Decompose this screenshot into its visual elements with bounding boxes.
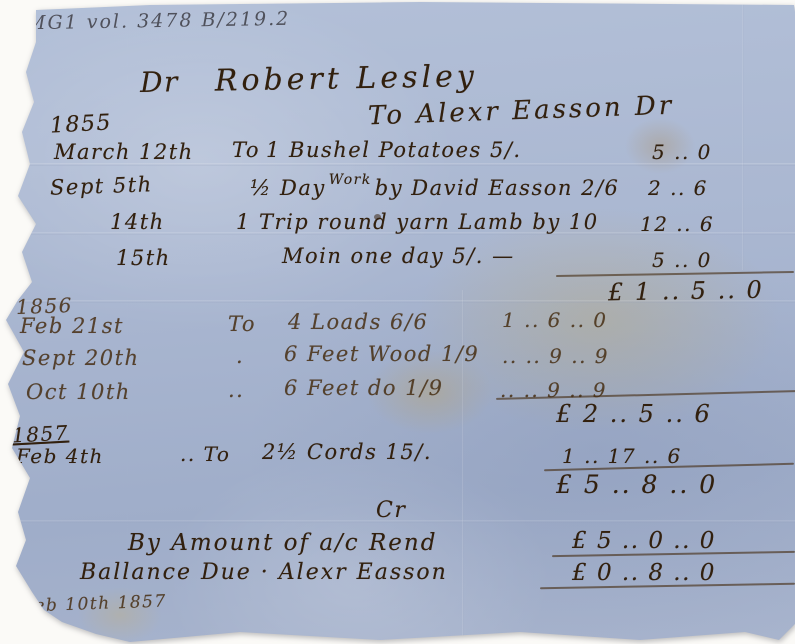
row-description: 1 Bushel Potatoes 5/. bbox=[266, 138, 522, 162]
row-date: March 12th bbox=[54, 140, 194, 164]
row-amount: 2 .. 6 bbox=[648, 176, 708, 200]
archival-reference: MG1 vol. 3478 B/219.2 bbox=[26, 8, 291, 35]
row-date: Feb 4th bbox=[16, 444, 104, 468]
paper-wrapper: MG1 vol. 3478 B/219.2 Dr Robert Lesley T… bbox=[0, 0, 795, 644]
grand-total: £ 5 .. 8 .. 0 bbox=[556, 470, 717, 499]
debtor-name: Robert Lesley bbox=[215, 59, 478, 99]
credit-section-label: Cr bbox=[376, 498, 406, 523]
row-ditto: .. bbox=[228, 378, 244, 402]
section-total-1856: £ 2 .. 5 .. 6 bbox=[556, 400, 712, 428]
row-date: 14th bbox=[110, 210, 165, 234]
row-amount: 1 .. 17 .. 6 bbox=[562, 444, 682, 468]
creditor-header: To Alexr Easson Dr bbox=[368, 91, 675, 132]
row-date: Feb 21st bbox=[20, 314, 124, 338]
row-date: Oct 10th bbox=[26, 380, 131, 404]
document-title: Dr Robert Lesley bbox=[140, 59, 478, 100]
row-description: 4 Loads 6/6 bbox=[288, 310, 428, 334]
credit-row-amount: £ 0 .. 8 .. 0 bbox=[572, 560, 716, 586]
ledger-paper: MG1 vol. 3478 B/219.2 Dr Robert Lesley T… bbox=[0, 0, 795, 644]
credit-row-description: Ballance Due · Alexr Easson bbox=[80, 560, 448, 585]
row-to-prefix: To bbox=[232, 138, 260, 162]
row-date: Sept 5th bbox=[50, 172, 153, 200]
row-amount: 12 .. 6 bbox=[640, 212, 714, 236]
row-date: 15th bbox=[116, 246, 171, 270]
inserted-word: Work bbox=[329, 172, 372, 188]
row-amount: 1 .. 6 .. 0 bbox=[502, 308, 608, 332]
row-description: 6 Feet do 1/9 bbox=[284, 376, 444, 400]
row-description: 2½ Cords 15/. bbox=[262, 440, 432, 464]
row-date: Sept 20th bbox=[22, 346, 140, 370]
scanned-document-canvas: MG1 vol. 3478 B/219.2 Dr Robert Lesley T… bbox=[0, 0, 795, 644]
row-description: ½ DayWorkby David Easson 2/6 bbox=[250, 176, 619, 200]
row-amount: 5 .. 0 bbox=[652, 248, 712, 272]
row-amount: .. .. 9 .. 9 bbox=[502, 344, 609, 368]
row-to-prefix: To bbox=[228, 312, 256, 336]
year-heading-1855: 1855 bbox=[49, 110, 112, 138]
desc-post: by David Easson 2/6 bbox=[375, 176, 620, 200]
debtor-prefix: Dr bbox=[140, 65, 179, 99]
row-description: Moin one day 5/. — bbox=[282, 244, 515, 268]
row-description: 1 Trip round yarn Lamb by 10 bbox=[236, 210, 599, 234]
row-ditto: . bbox=[236, 344, 244, 368]
fold-crease bbox=[742, 0, 744, 270]
credit-row-description: By Amount of a/c Rend bbox=[128, 530, 437, 556]
section-total-1855: £ 1 .. 5 .. 0 bbox=[608, 276, 764, 307]
desc-pre: ½ Day bbox=[250, 176, 326, 200]
row-to-prefix: .. To bbox=[180, 442, 230, 466]
credit-row-amount: £ 5 .. 0 .. 0 bbox=[572, 528, 716, 554]
signature-date: Feb 10th 1857 bbox=[22, 591, 167, 616]
row-amount: 5 .. 0 bbox=[652, 140, 712, 164]
row-description: 6 Feet Wood 1/9 bbox=[284, 342, 479, 366]
